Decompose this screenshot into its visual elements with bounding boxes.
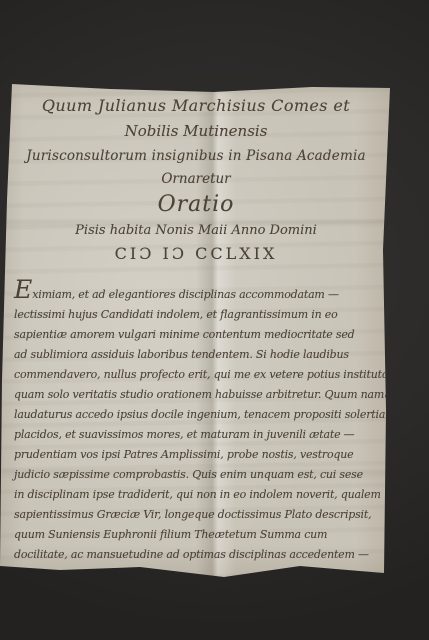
body-line-10: judicio sæpissime comprobastis. Quis eni… bbox=[14, 465, 386, 485]
heading-roman-year: CIƆ IƆ CCLXIX bbox=[16, 242, 376, 266]
body-line-5: commendavero, nullus profecto erit, qui … bbox=[14, 365, 386, 385]
body-line-12: sapientissimus Græciæ Vir, longeque doct… bbox=[14, 505, 386, 525]
heading-line-2: Nobilis Mutinensis bbox=[16, 119, 376, 144]
body-line-6: quam solo veritatis studio orationem hab… bbox=[14, 385, 386, 405]
body-line-3: sapientiæ amorem vulgari minime contentu… bbox=[14, 325, 386, 345]
heading-line-4: Ornaretur bbox=[16, 168, 376, 190]
photo-background: Quum Julianus Marchisius Comes et Nobili… bbox=[0, 0, 429, 640]
body-line-11: in disciplinam ipse tradiderit, qui non … bbox=[14, 485, 386, 505]
body-line-13: quum Suniensis Euphronii filium Theætetu… bbox=[14, 525, 386, 545]
body-line-1: Eximiam, et ad elegantiores disciplinas … bbox=[14, 280, 386, 305]
manuscript-body: Eximiam, et ad elegantiores disciplinas … bbox=[14, 280, 386, 565]
body-line-7: laudaturus accedo ipsius docile ingenium… bbox=[14, 405, 386, 425]
manuscript-heading: Quum Julianus Marchisius Comes et Nobili… bbox=[16, 92, 376, 266]
heading-dateline: Pisis habita Nonis Maii Anno Domini bbox=[16, 220, 376, 242]
heading-line-1: Quum Julianus Marchisius Comes et bbox=[16, 92, 376, 119]
heading-oratio: Oratio bbox=[16, 190, 376, 220]
heading-line-3: Jurisconsultorum insignibus in Pisana Ac… bbox=[16, 144, 376, 168]
body-line-4: ad sublimiora assiduis laboribus tendent… bbox=[14, 345, 386, 365]
body-line-8: placidos, et suavissimos mores, et matur… bbox=[14, 425, 386, 445]
body-line-9: prudentiam vos ipsi Patres Amplissimi, p… bbox=[14, 445, 386, 465]
body-line-2: lectissimi hujus Candidati indolem, et f… bbox=[14, 305, 386, 325]
manuscript-page: Quum Julianus Marchisius Comes et Nobili… bbox=[0, 80, 394, 580]
body-line-14: docilitate, ac mansuetudine ad optimas d… bbox=[14, 545, 386, 565]
